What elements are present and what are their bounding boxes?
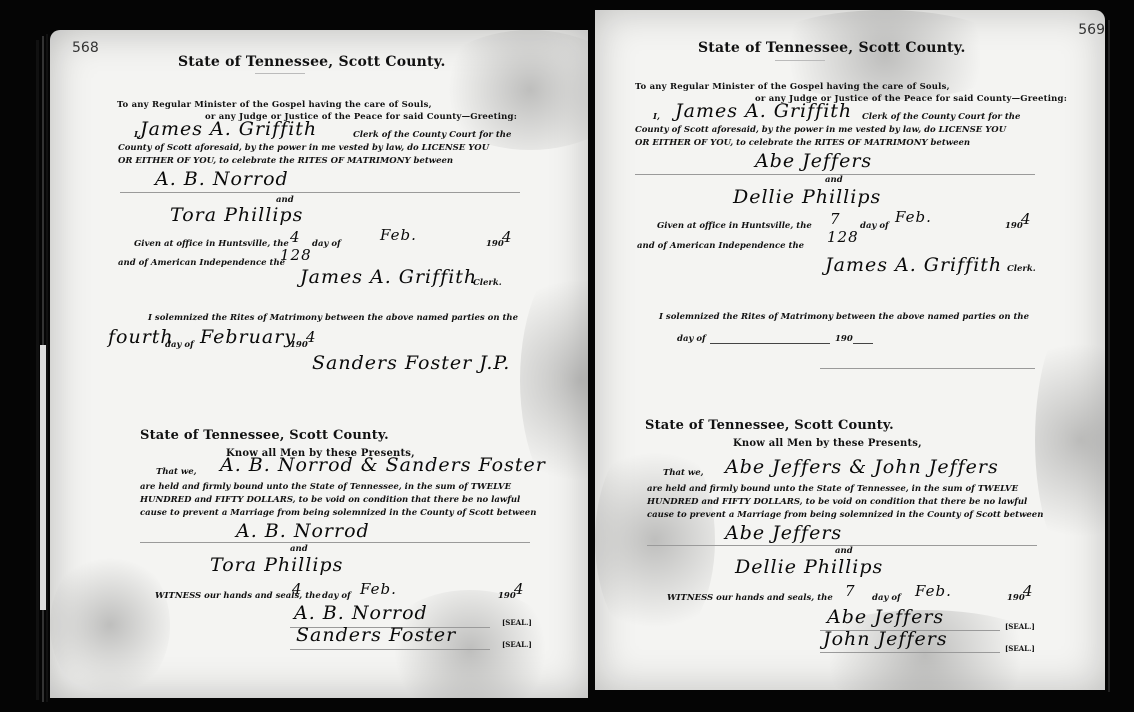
given-month: Feb. [895,208,932,226]
book-edge [36,40,39,700]
clerk-signature: James A. Griffith [825,254,1002,276]
stain [1035,310,1105,570]
given-day: 4 [290,228,301,246]
groom-name: A. B. Norrod [155,168,289,190]
license-body-line-2: County of Scott aforesaid, by the power … [635,125,1006,135]
given-month: Feb. [380,226,417,244]
witness-day: 4 [292,580,303,598]
clerk-name-handwritten: James A. Griffith [140,118,317,140]
year-digit: 4 [514,580,525,598]
clerk-signature: James A. Griffith [300,266,477,288]
witness-month: Feb. [360,580,397,598]
and-label: and [290,544,308,554]
solemnization-day: fourth [108,326,174,348]
right-page: 569 State of Tennessee, Scott County. To… [595,10,1105,690]
bond-line-2: HUNDRED and FIFTY DOLLARS, to be void on… [647,497,1027,507]
page-number: 569 [1078,22,1105,38]
blank-signature-line [820,368,1035,369]
given-prefix: Given at office in Huntsville, the [657,221,812,231]
license-title: State of Tennessee, Scott County. [698,40,966,56]
and-label: and [825,175,843,185]
day-of-label: day of [165,340,194,350]
license-body-line-1: Clerk of the County Court for the [862,112,1020,122]
witness-day: 7 [845,582,856,600]
license-title: State of Tennessee, Scott County. [178,54,446,70]
day-of-label: day of [322,591,351,601]
independence-year: 128 [827,228,859,246]
year-digit: 4 [1021,210,1032,228]
clerk-label: Clerk. [473,278,502,288]
blank-month-line [710,343,830,344]
seal-label: [SEAL.] [1005,622,1035,631]
greeting-line-1: To any Regular Minister of the Gospel ha… [635,82,950,92]
given-day: 7 [830,210,841,228]
left-page: 568 State of Tennessee, Scott County. To… [50,30,590,698]
bond-subtitle: Know all Men by these Presents, [733,438,922,449]
book-edge-highlight [40,345,46,610]
bond-line-2: HUNDRED and FIFTY DOLLARS, to be void on… [140,495,520,505]
license-body-line-2: County of Scott aforesaid, by the power … [118,143,489,153]
bondsmen-names: Abe Jeffers & John Jeffers [725,456,999,478]
book-edge [46,34,48,702]
day-of-label: day of [872,593,901,603]
license-body-line-1: Clerk of the County Court for the [353,130,511,140]
witness-month: Feb. [915,582,952,600]
bride-name: Tora Phillips [170,204,303,226]
witness-prefix: WITNESS our hands and seals, the [667,593,833,603]
independence-prefix: and of American Independence the [118,258,285,268]
book-edge [1108,20,1110,692]
stain [50,550,170,698]
bond-groom-name: A. B. Norrod [236,520,370,542]
divider [255,73,305,74]
bond-bride-name: Tora Phillips [210,554,343,576]
license-body-line-3: OR EITHER OF YOU, to celebrate the RITES… [635,138,970,148]
day-of-label: day of [860,221,889,231]
bride-name: Dellie Phillips [733,186,881,208]
seal-label: [SEAL.] [502,640,532,649]
independence-year: 128 [280,246,312,264]
and-label: and [835,546,853,556]
stain [595,430,715,650]
bondsmen-names: A. B. Norrod & Sanders Foster [220,454,546,476]
bond-signature-2: Sanders Foster [296,624,456,646]
that-we-label: That we, [663,468,704,478]
seal-label: [SEAL.] [1005,644,1035,653]
solemnization-text: I solemnized the Rites of Matrimony betw… [659,312,1029,322]
signature-rule [820,652,1000,653]
year-digit: 4 [502,228,513,246]
bond-groom-name: Abe Jeffers [725,522,842,544]
bond-line-3: cause to prevent a Marriage from being s… [140,508,536,518]
year-digit: 4 [1023,582,1034,600]
independence-prefix: and of American Independence the [637,241,804,251]
bond-title: State of Tennessee, Scott County. [140,428,389,443]
groom-name: Abe Jeffers [755,150,872,172]
page-number: 568 [72,40,99,56]
divider [775,60,825,61]
seal-label: [SEAL.] [502,618,532,627]
solemnization-text: I solemnized the Rites of Matrimony betw… [148,313,518,323]
license-body-line-3: OR EITHER OF YOU, to celebrate the RITES… [118,156,453,166]
bond-line-1: are held and firmly bound unto the State… [647,484,1018,494]
that-we-label: That we, [156,467,197,477]
clerk-label: Clerk. [1007,264,1036,274]
solemnization-month: February [200,326,296,348]
bond-line-1: are held and firmly bound unto the State… [140,482,511,492]
signature-rule [290,649,490,650]
year-prefix: 190 [835,334,853,344]
book-spine [588,10,594,700]
rule [140,542,530,543]
bond-bride-name: Dellie Phillips [735,556,883,578]
year-digit: 4 [306,328,317,346]
bond-line-3: cause to prevent a Marriage from being s… [647,510,1043,520]
greeting-line-1: To any Regular Minister of the Gospel ha… [117,100,432,110]
bond-signature-2: John Jeffers [823,628,948,650]
bond-signature-1: A. B. Norrod [294,602,428,624]
bond-title: State of Tennessee, Scott County. [645,418,894,433]
clerk-prefix: I, [653,112,660,122]
bond-signature-1: Abe Jeffers [827,606,944,628]
blank-year-line [853,343,873,344]
clerk-name-handwritten: James A. Griffith [675,100,852,122]
day-of-label: day of [312,239,341,249]
rule [120,192,520,193]
day-of-label: day of [677,334,706,344]
given-prefix: Given at office in Huntsville, the [134,239,289,249]
officiant-signature: Sanders Foster J.P. [312,352,510,374]
